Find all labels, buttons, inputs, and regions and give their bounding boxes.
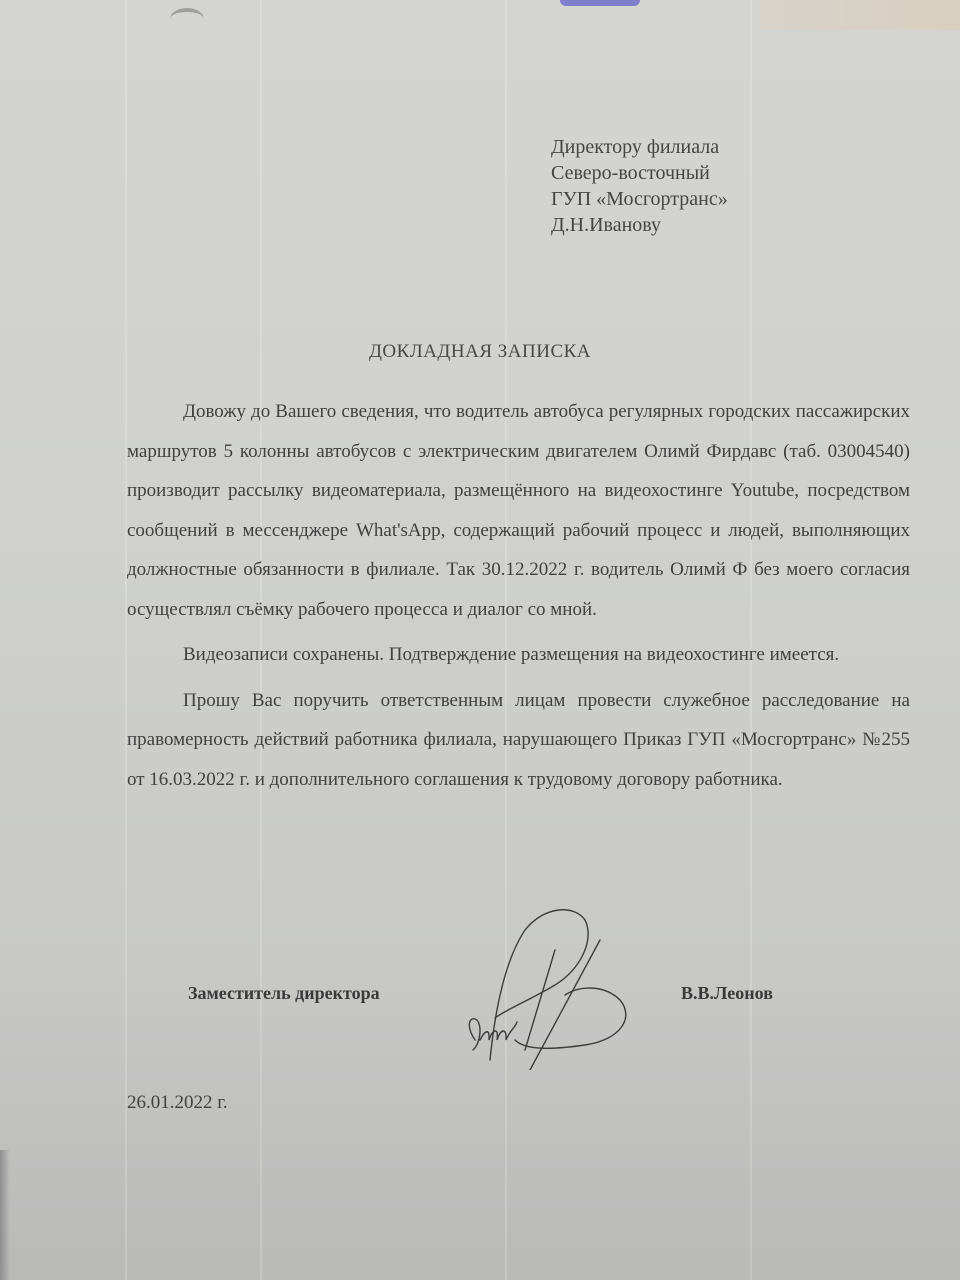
document-date: 26.01.2022 г. <box>127 1092 228 1114</box>
body-paragraph: Довожу до Вашего сведения, что водитель … <box>127 392 910 629</box>
body-paragraph: Прошу Вас поручить ответственным лицам п… <box>127 681 910 800</box>
addressee-line: Директору филиала <box>551 134 728 160</box>
addressee-line: Д.Н.Иванову <box>551 212 728 238</box>
paper-mark-icon <box>170 8 204 30</box>
signer-role: Заместитель директора <box>188 983 380 1004</box>
background-surface <box>760 0 960 30</box>
addressee-block: Директору филиала Северо-восточный ГУП «… <box>551 134 728 238</box>
addressee-line: Северо-восточный <box>551 160 728 186</box>
body-paragraph: Видеозаписи сохранены. Подтверждение раз… <box>127 635 910 675</box>
document-body: Довожу до Вашего сведения, что водитель … <box>127 392 910 799</box>
addressee-line: ГУП «Мосгортранс» <box>551 186 728 212</box>
handwritten-signature <box>455 900 665 1070</box>
blue-print-fragment <box>560 0 640 6</box>
document-title: ДОКЛАДНАЯ ЗАПИСКА <box>0 341 960 363</box>
signer-name: В.В.Леонов <box>681 983 773 1004</box>
page-edge-shadow <box>0 1150 10 1280</box>
